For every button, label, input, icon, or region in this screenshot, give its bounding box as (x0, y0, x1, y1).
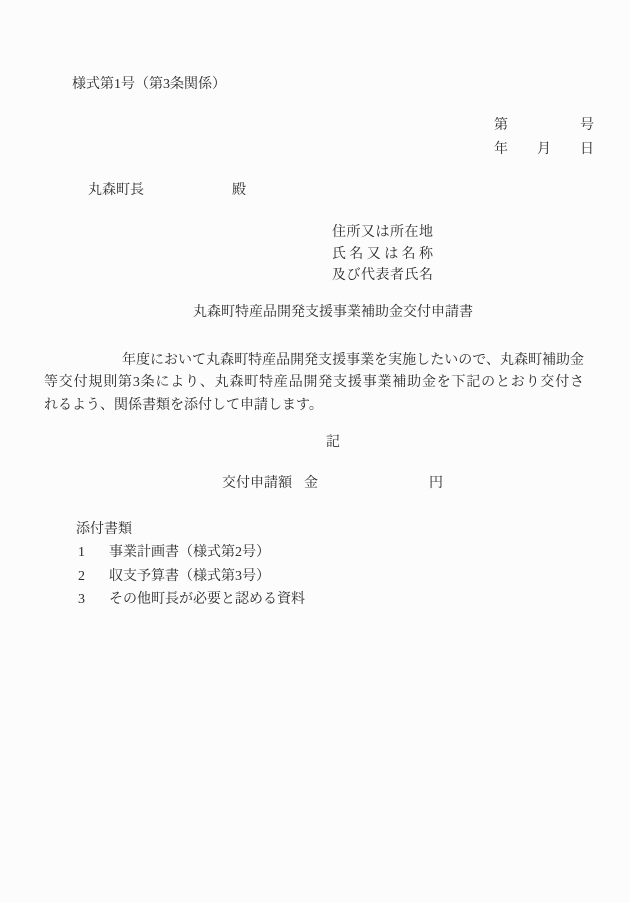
application-form-page: 様式第1号（第3条関係） 第 号 年 月 日 丸森町長殿 住所又は所在地 氏名又… (0, 0, 630, 903)
date-day-label: 日 (580, 142, 594, 157)
attachments-section: 添付書類 1 事業計画書（様式第2号） 2 収支予算書（様式第3号） 3 その他… (76, 518, 305, 611)
body-line-3: れるよう、関係書類を添付して申請します。 (44, 395, 584, 417)
addressee-line: 丸森町長殿 (88, 181, 246, 201)
attachment-item: 3 その他町長が必要と認める資料 (76, 588, 305, 611)
attachment-item-text: 事業計画書（様式第2号） (109, 541, 270, 564)
doc-number-suffix: 号 (580, 118, 594, 133)
body-paragraph: 年度において丸森町特産品開発支援事業を実施したいので、丸森町補助金 等交付規則第… (44, 350, 584, 417)
amount-request-line: 交付申請額 金 円 (222, 474, 443, 494)
date-year-label: 年 (494, 142, 521, 157)
body-line-2: 等交付規則第3条により、丸森町特産品開発支援事業補助金を下記のとおり交付さ (44, 372, 584, 394)
date-line: 年 月 日 (494, 138, 594, 162)
attachment-item: 1 事業計画書（様式第2号） (76, 541, 305, 564)
amount-label: 交付申請額 (222, 474, 292, 494)
attachment-item-text: その他町長が必要と認める資料 (109, 588, 305, 611)
applicant-fields-block: 住所又は所在地 氏名又は名称 及び代表者氏名 (332, 222, 433, 287)
document-title: 丸森町特産品開発支援事業補助金交付申請書 (36, 303, 630, 323)
doc-number-prefix: 第 (494, 118, 542, 133)
addressee-name: 丸森町長 (88, 183, 144, 198)
applicant-representative-label: 及び代表者氏名 (332, 265, 433, 287)
attachment-item-text: 収支予算書（様式第3号） (109, 565, 270, 588)
applicant-name-label: 氏名又は名称 (332, 244, 433, 266)
addressee-honorific: 殿 (232, 183, 246, 198)
doc-number-date-block: 第 号 年 月 日 (494, 114, 594, 162)
applicant-address-label: 住所又は所在地 (332, 222, 433, 244)
doc-number-line: 第 号 (494, 114, 594, 138)
record-marker: 記 (36, 433, 630, 453)
attachments-heading: 添付書類 (76, 518, 305, 541)
attachment-item: 2 収支予算書（様式第3号） (76, 565, 305, 588)
body-line-1: 年度において丸森町特産品開発支援事業を実施したいので、丸森町補助金 (44, 350, 584, 372)
attachment-item-number: 1 (76, 541, 109, 564)
attachment-item-number: 2 (76, 565, 109, 588)
form-number-label: 様式第1号（第3条関係） (72, 75, 226, 95)
amount-currency-prefix: 金 (304, 474, 318, 494)
date-month-label: 月 (537, 142, 564, 157)
amount-unit: 円 (429, 474, 443, 494)
attachment-item-number: 3 (76, 588, 109, 611)
